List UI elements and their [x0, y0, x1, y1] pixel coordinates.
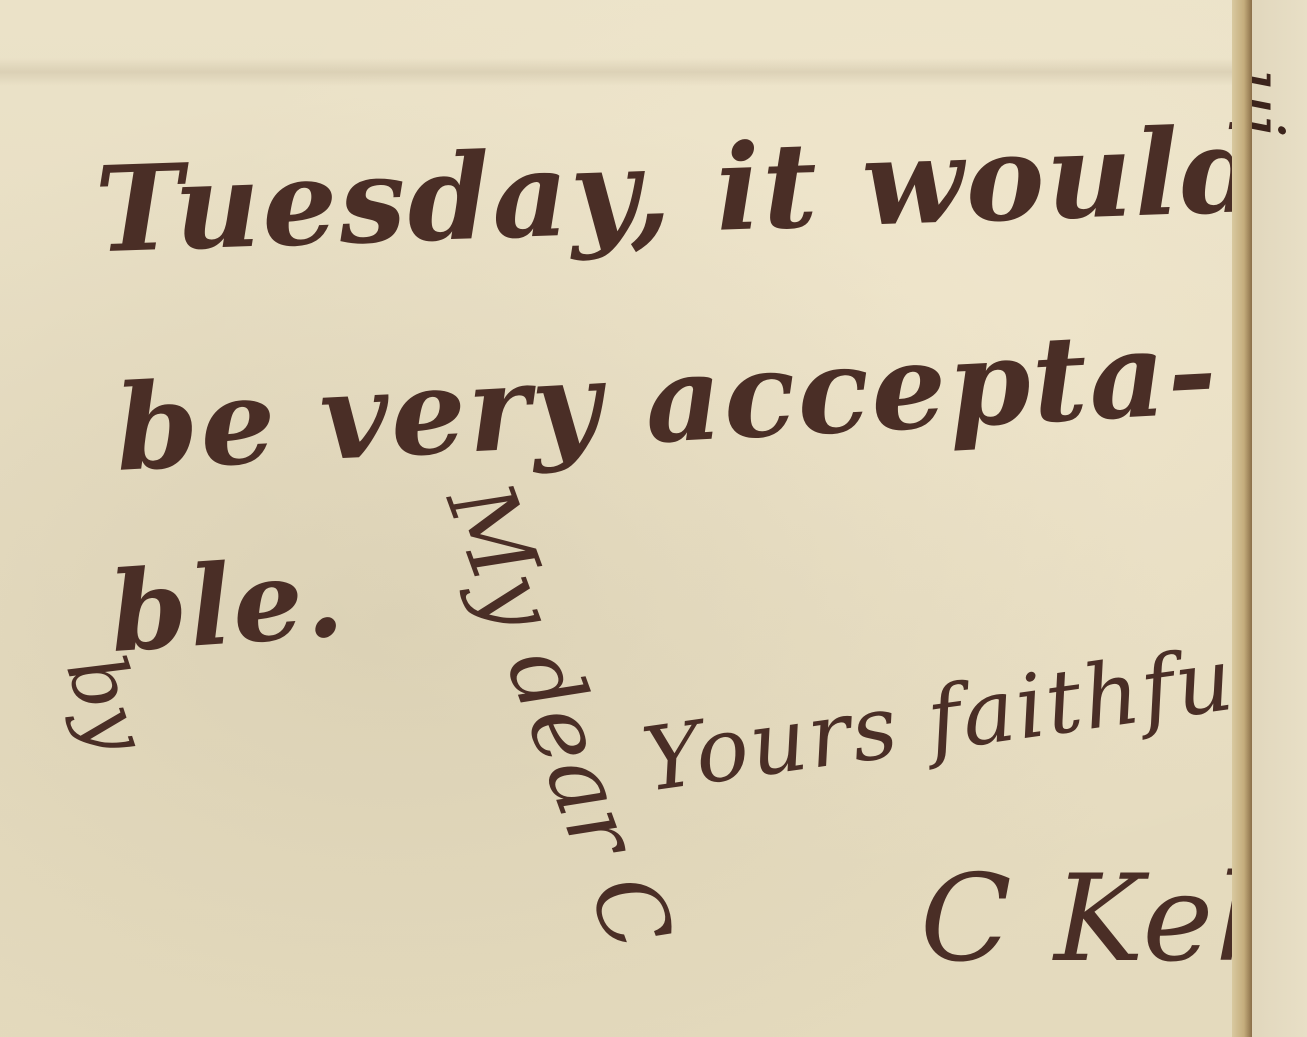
facing-page-vertical-text: ...ui... [1252, 0, 1300, 207]
letter-page: Tuesday, it would be very accepta- ble. … [0, 0, 1307, 1037]
letter-main-page: Tuesday, it would be very accepta- ble. … [0, 0, 1245, 1037]
closing-valediction: Yours faithfully [636, 611, 1245, 812]
signature: C Kebi [920, 850, 1245, 989]
body-line-1: Tuesday, it would [93, 100, 1245, 280]
facing-page-text-area: ...ui... [1252, 0, 1307, 1037]
book-gutter [1232, 0, 1252, 1037]
body-line-2: be very accepta- [112, 301, 1222, 498]
body-line-3: ble. [106, 532, 349, 677]
